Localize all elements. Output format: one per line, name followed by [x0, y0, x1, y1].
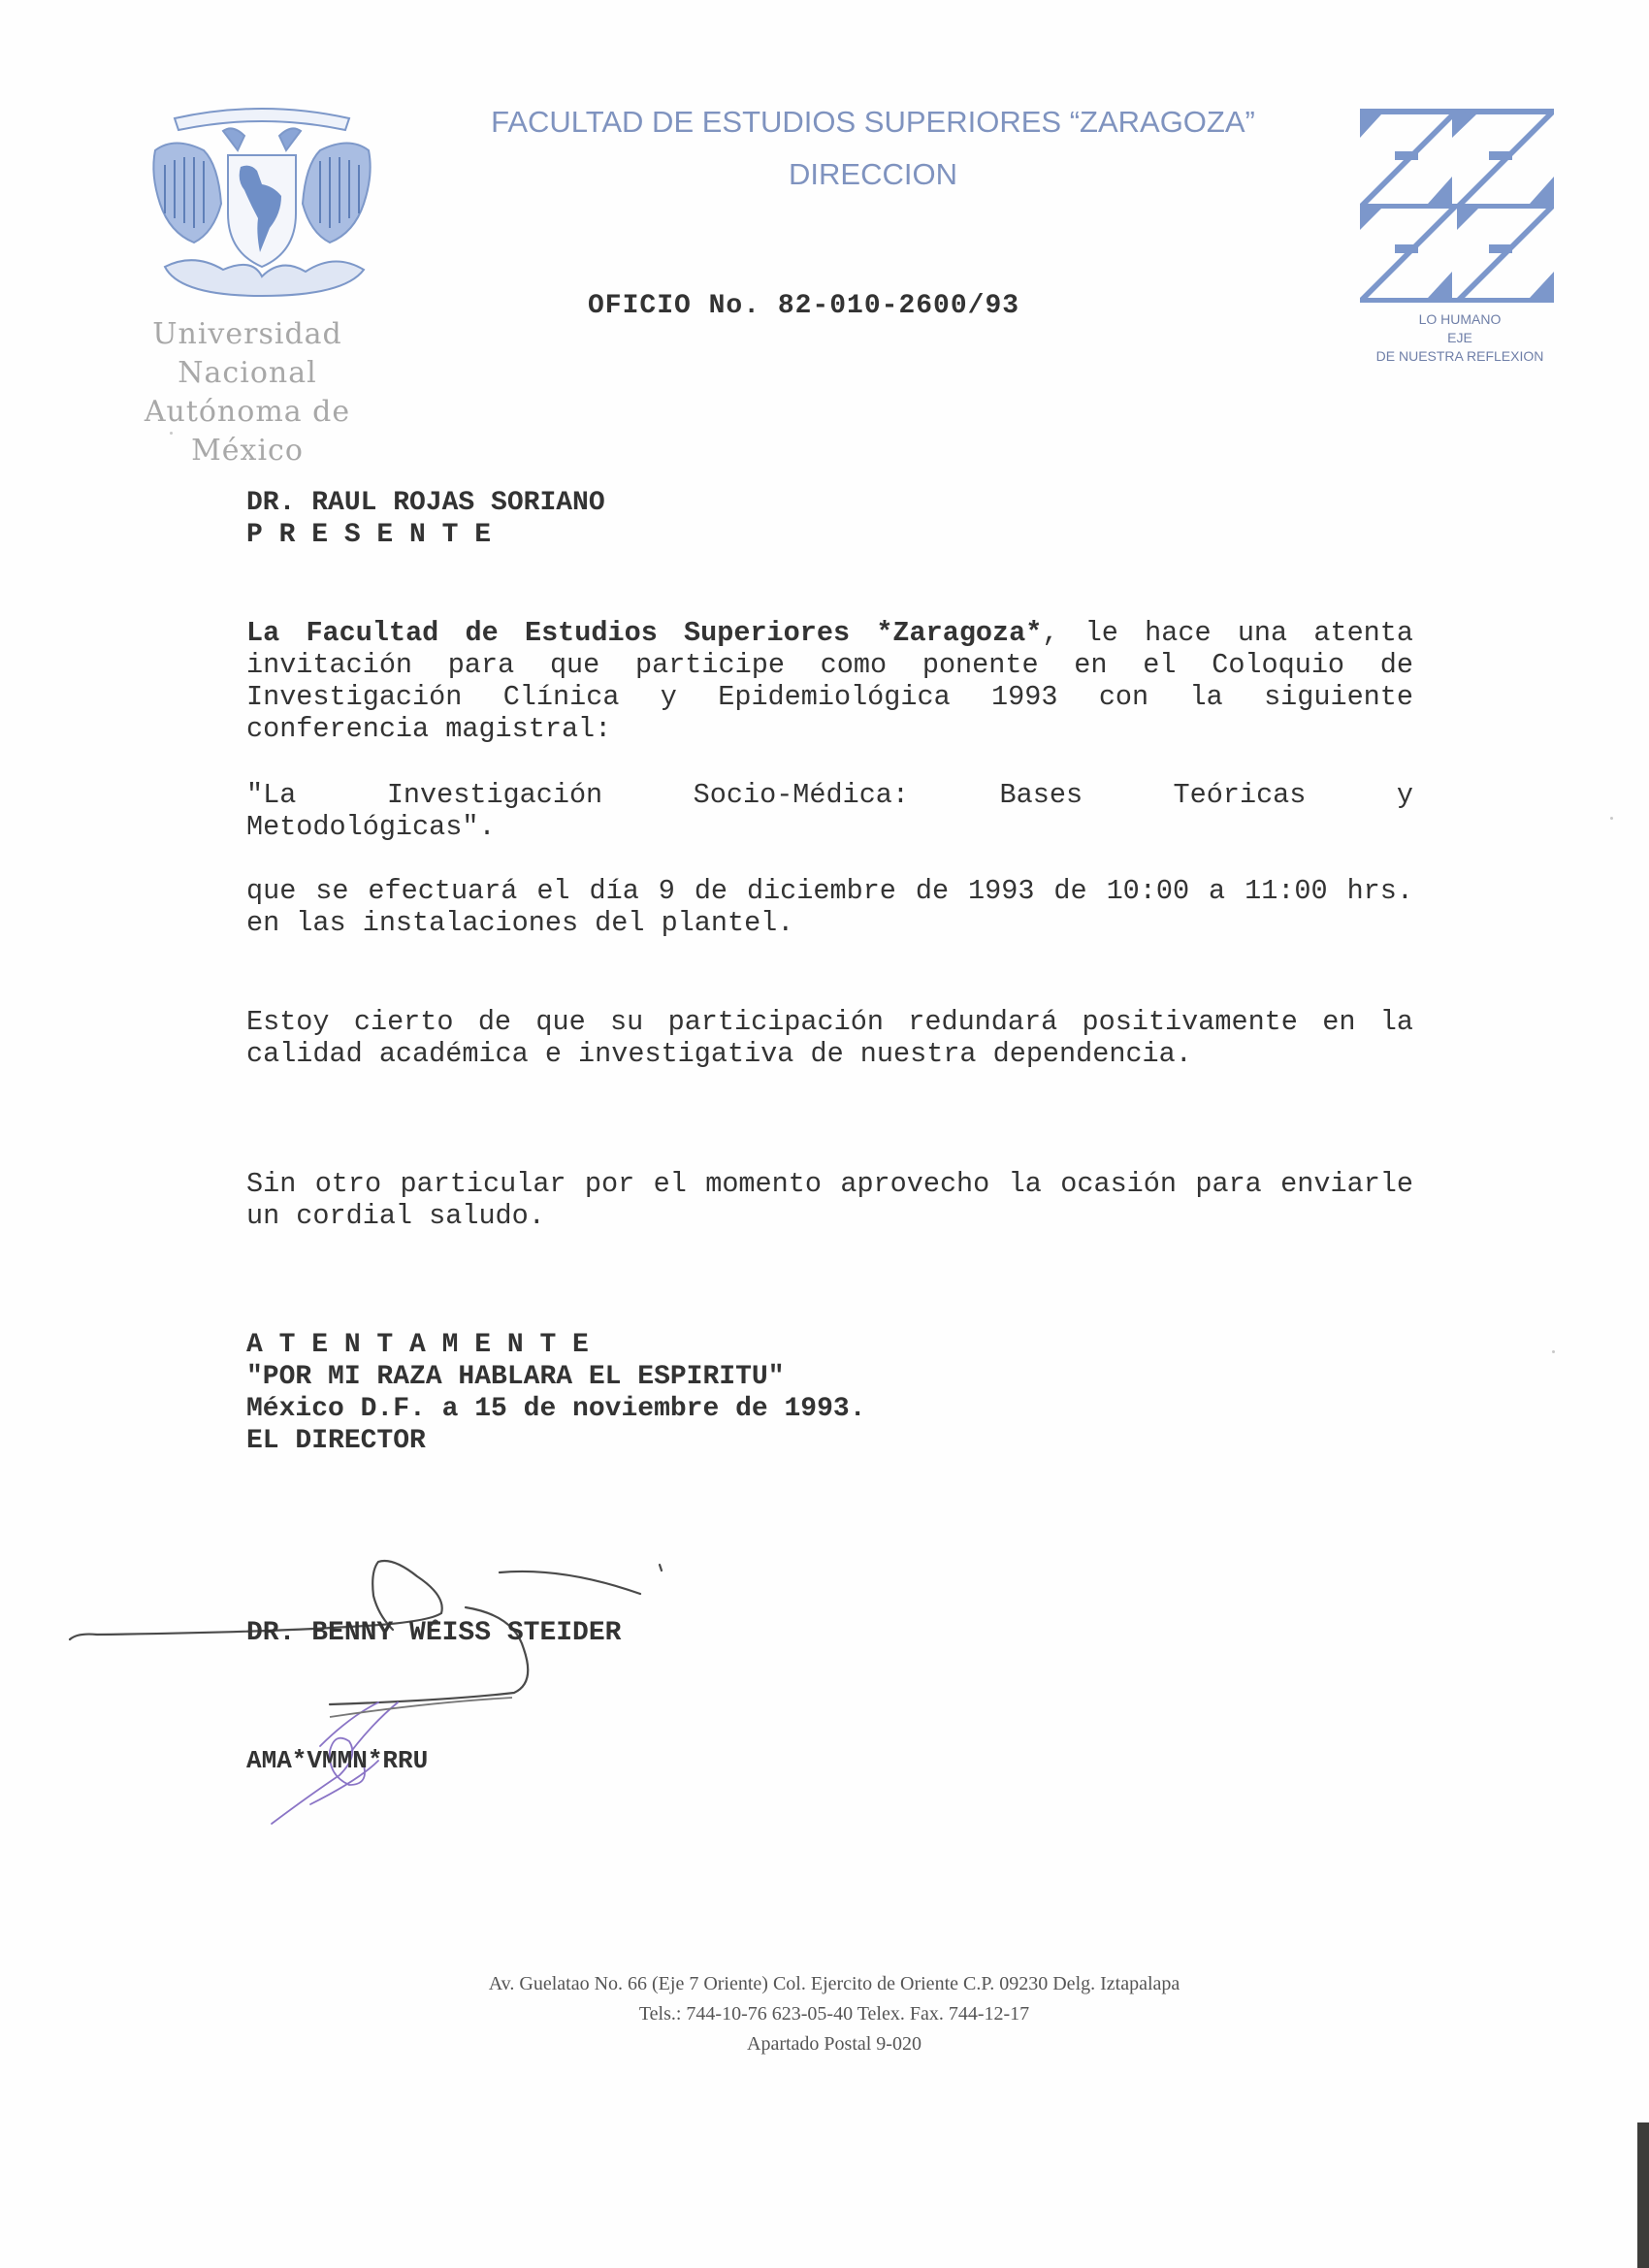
unam-name: Universidad Nacional Autónoma de México	[92, 315, 403, 470]
unam-coat-of-arms-icon	[136, 97, 388, 306]
addressee-name: DR. RAUL ROJAS SORIANO	[246, 487, 605, 519]
unam-name-line2: Autónoma de México	[92, 393, 403, 470]
signer-name: DR. BENNY WEISS STEIDER	[246, 1618, 621, 1648]
scan-edge-shadow	[1637, 2122, 1649, 2268]
caption-line1: LO HUMANO	[1348, 310, 1571, 329]
oficio-number: OFICIO No. 82-010-2600/93	[588, 291, 1019, 321]
footer-address: Av. Guelatao No. 66 (Eje 7 Oriente) Col.…	[291, 1969, 1377, 1999]
scan-speck	[170, 432, 173, 435]
addressee-salutation: P R E S E N T E	[246, 519, 605, 551]
addressee-block: DR. RAUL ROJAS SORIANO P R E S E N T E	[246, 487, 605, 551]
footer-po-box: Apartado Postal 9-020	[291, 2029, 1377, 2059]
caption-line3: DE NUESTRA REFLEXION	[1348, 347, 1571, 366]
conference-title-line1: "La Investigación Socio-Médica: Bases Te…	[246, 779, 1413, 811]
footer-phones: Tels.: 744-10-76 623-05-40 Telex. Fax. 7…	[291, 1999, 1377, 2029]
scan-speck	[1610, 817, 1613, 820]
scan-speck	[1552, 1350, 1555, 1353]
letter-page: Universidad Nacional Autónoma de México …	[0, 0, 1649, 2268]
closing-block: A T E N T A M E N T E "POR MI RAZA HABLA…	[246, 1329, 866, 1457]
letterhead-footer: Av. Guelatao No. 66 (Eje 7 Oriente) Col.…	[291, 1969, 1377, 2059]
zz-logo-caption: LO HUMANO EJE DE NUESTRA REFLEXION	[1348, 310, 1571, 366]
closing-title: EL DIRECTOR	[246, 1425, 866, 1457]
conference-title: "La Investigación Socio-Médica: Bases Te…	[246, 779, 1413, 843]
conference-title-line2: Metodológicas".	[246, 811, 496, 843]
invitation-lead: La Facultad de Estudios Superiores *Zara…	[246, 617, 1042, 649]
regards-paragraph: Sin otro particular por el momento aprov…	[246, 1168, 1413, 1232]
reference-initials: AMA*VMMN*RRU	[246, 1746, 428, 1775]
unam-name-line1: Universidad Nacional	[92, 315, 403, 393]
fes-zaragoza-zz-logo-icon	[1360, 109, 1554, 303]
closing-place-date: México D.F. a 15 de noviembre de 1993.	[246, 1393, 866, 1425]
schedule-paragraph: que se efectuará el día 9 de diciembre d…	[246, 875, 1413, 939]
invitation-paragraph: La Facultad de Estudios Superiores *Zara…	[246, 617, 1413, 745]
department-subtitle: DIRECCION	[427, 153, 1319, 196]
faculty-title: FACULTAD DE ESTUDIOS SUPERIORES “ZARAGOZ…	[427, 101, 1319, 144]
caption-line2: EJE	[1348, 329, 1571, 347]
expectation-paragraph: Estoy cierto de que su participación red…	[246, 1006, 1413, 1070]
closing-motto: "POR MI RAZA HABLARA EL ESPIRITU"	[246, 1361, 866, 1393]
closing-atentamente: A T E N T A M E N T E	[246, 1329, 866, 1361]
